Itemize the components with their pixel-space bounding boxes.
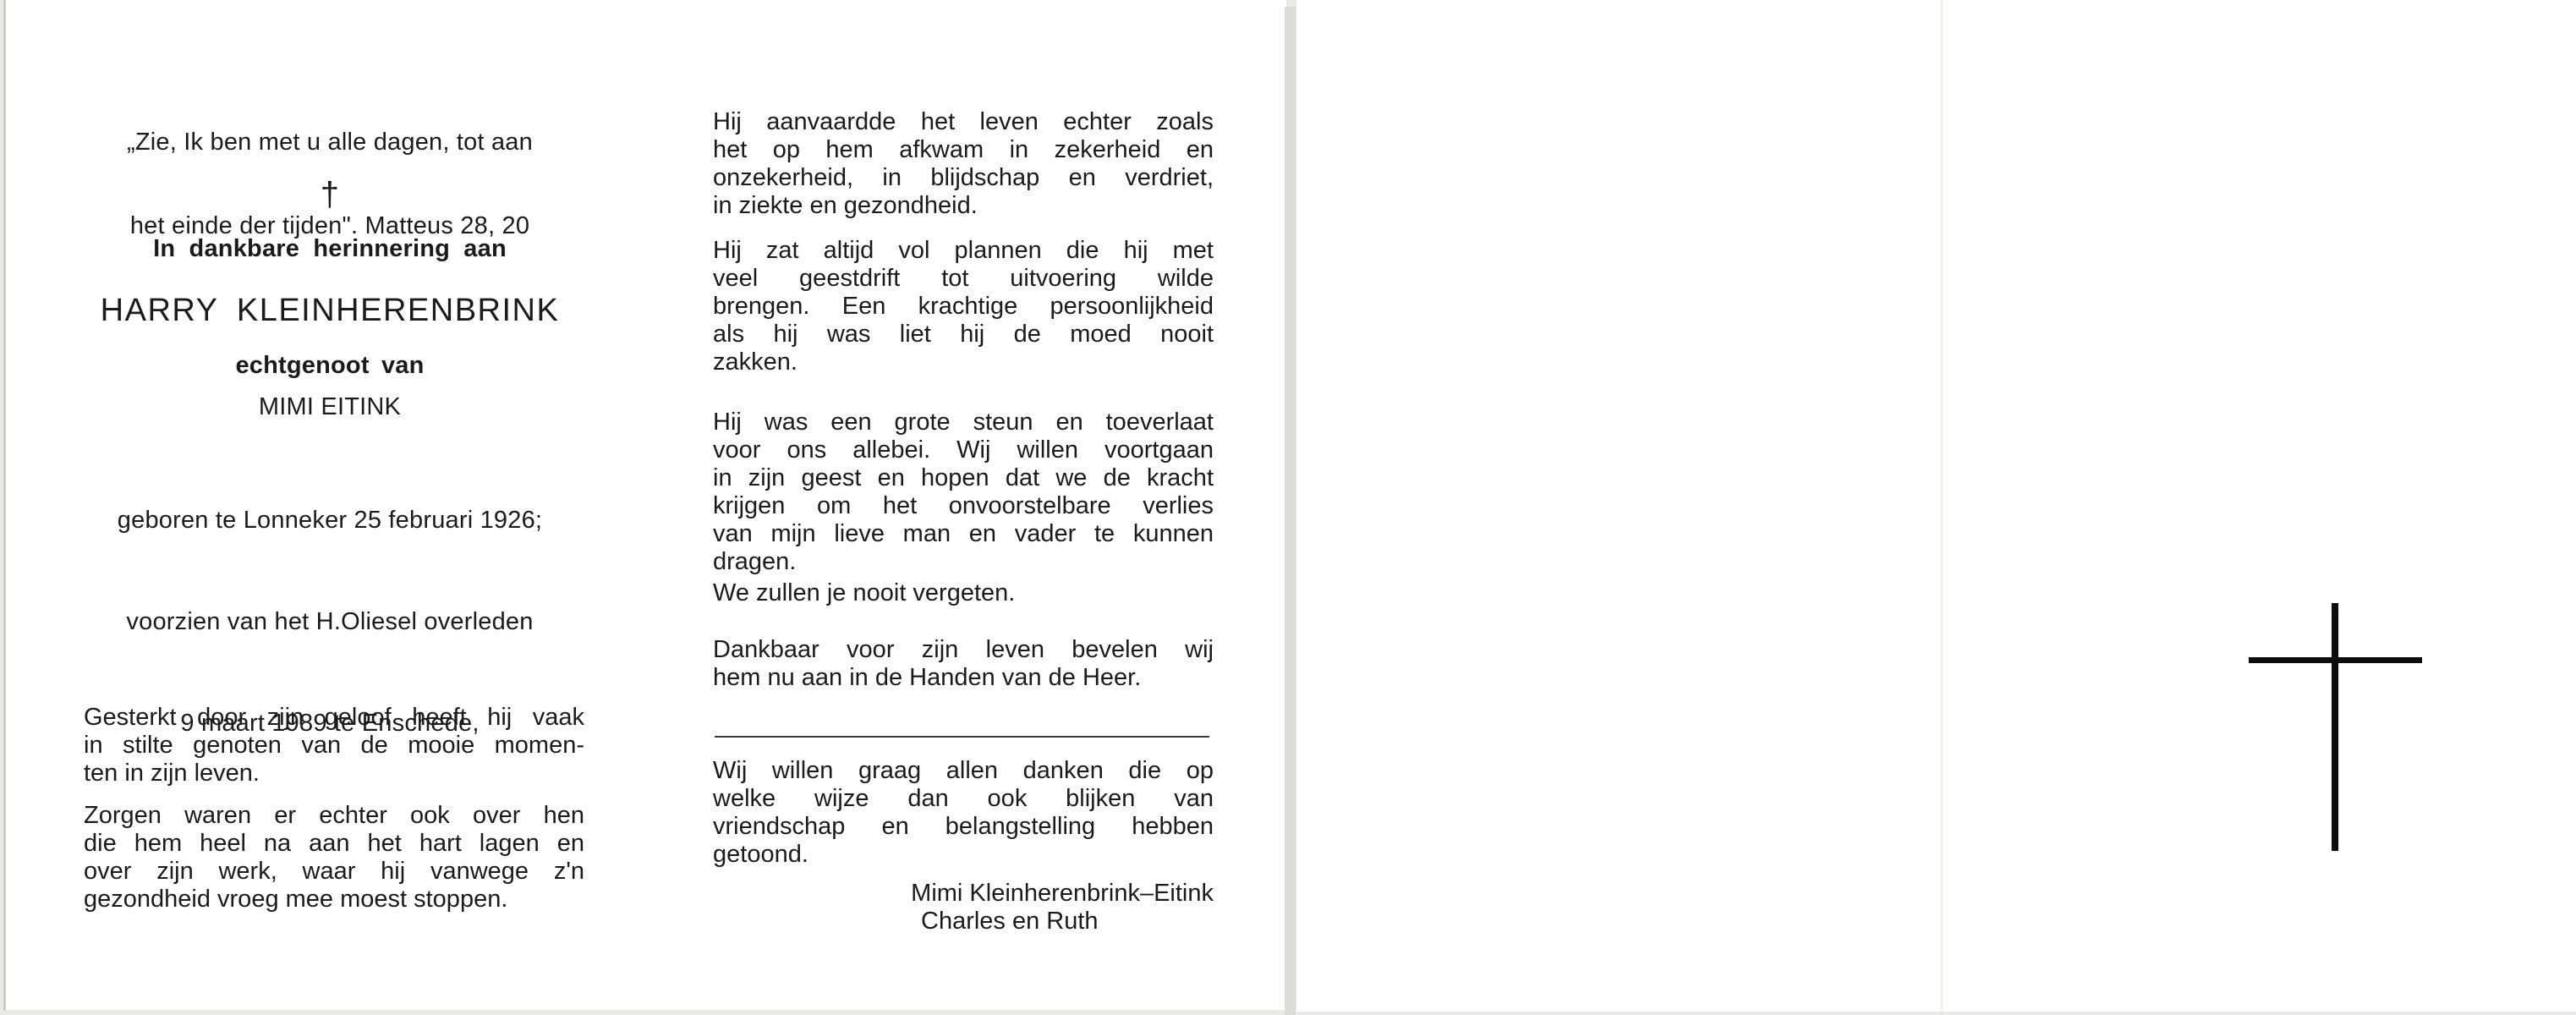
text-line: van mijn lieve man en vader te kunnen: [713, 520, 1214, 548]
cross-horizontal-bar: [2249, 657, 2422, 663]
text-line: welke wijze dan ook blijken van: [713, 785, 1214, 813]
text-line: in zijn geest en hopen dat we de kracht: [713, 464, 1214, 492]
text-line: Hij aanvaardde het leven echter zoals: [713, 108, 1214, 136]
paragraph-plans: Hij zat altijd vol plannen die hij metve…: [713, 237, 1214, 376]
text-line: Gesterkt door zijn geloof heeft hij vaak: [84, 704, 584, 732]
cross-vertical-bar: [2332, 603, 2338, 851]
small-cross-icon: †: [313, 178, 347, 211]
text-line: die hem heel na aan het hart lagen en: [84, 830, 584, 858]
text-line: Hij zat altijd vol plannen die hij met: [713, 237, 1214, 265]
paragraph-worries: Zorgen waren er echter ook over hendie h…: [84, 802, 584, 913]
birth-line: geboren te Lonneker 25 februari 1926;: [59, 503, 600, 537]
paragraph-commendation: Dankbaar voor zijn leven bevelen wijhem …: [713, 636, 1214, 692]
card-gap: [1285, 7, 1296, 1015]
signature: Mimi Kleinherenbrink–Eitink Charles en R…: [713, 880, 1214, 935]
paragraph-support: Hij was een grote steun en toeverlaatvoo…: [713, 409, 1214, 576]
spouse-name: MIMI EITINK: [59, 393, 600, 421]
text-line: getoond.: [713, 841, 1214, 869]
text-line: in ziekte en gezondheid.: [713, 192, 1214, 220]
memorial-card-outside: [1296, 0, 2576, 1012]
text-line: Wij willen graag allen danken die op: [713, 757, 1214, 785]
signature-line: Charles en Ruth: [713, 908, 1214, 935]
text-line: ten in zijn leven.: [84, 760, 584, 787]
cross-icon: [2249, 603, 2422, 851]
death-line: voorzien van het H.Oliesel overleden: [59, 605, 600, 639]
text-line: Zorgen waren er echter ook over hen: [84, 802, 584, 830]
text-line: onzekerheid, in blijdschap en verdriet,: [713, 164, 1214, 192]
text-line: brengen. Een krachtige persoonlijkheid: [713, 293, 1214, 321]
text-line: over zijn werk, waar hij vanwege z'n: [84, 858, 584, 886]
in-memory-heading: In dankbare herinnering aan: [59, 235, 600, 263]
text-line: veel geestdrift tot uitvoering wilde: [713, 265, 1214, 293]
paragraph-accepted-life: Hij aanvaardde het leven echter zoalshet…: [713, 108, 1214, 220]
text-line: dragen.: [713, 548, 1214, 576]
paragraph-never-forget: We zullen je nooit vergeten.: [713, 579, 1214, 607]
signature-line: Mimi Kleinherenbrink–Eitink: [713, 880, 1214, 908]
paragraph-faith: Gesterkt door zijn geloof heeft hij vaak…: [84, 704, 584, 787]
text-line: als hij was liet hij de moed nooit: [713, 321, 1214, 348]
text-line: gezondheid vroeg mee moest stoppen.: [84, 886, 584, 913]
text-line: vriendschap en belangstelling hebben: [713, 813, 1214, 841]
spouse-label: echtgenoot van: [59, 352, 600, 380]
text-line: voor ons allebei. Wij willen voortgaan: [713, 436, 1214, 464]
text-line: het op hem afkwam in zekerheid en: [713, 136, 1214, 164]
text-line: We zullen je nooit vergeten.: [713, 579, 1214, 607]
text-line: in stilte genoten van de mooie momen-: [84, 732, 584, 760]
deceased-name: HARRY KLEINHERENBRINK: [59, 292, 600, 329]
fold-line: [1941, 0, 1943, 1012]
text-line: Dankbaar voor zijn leven bevelen wij: [713, 636, 1214, 664]
text-line: zakken.: [713, 348, 1214, 376]
text-line: Hij was een grote steun en toeverlaat: [713, 409, 1214, 436]
paragraph-thanks: Wij willen graag allen danken die opwelk…: [713, 757, 1214, 869]
text-line: krijgen om het onvoorstelbare verlies: [713, 492, 1214, 520]
quote-line: „Zie, Ik ben met u alle dagen, tot aan: [59, 129, 600, 156]
text-line: hem nu aan in de Handen van de Heer.: [713, 664, 1214, 692]
divider: [715, 736, 1209, 738]
